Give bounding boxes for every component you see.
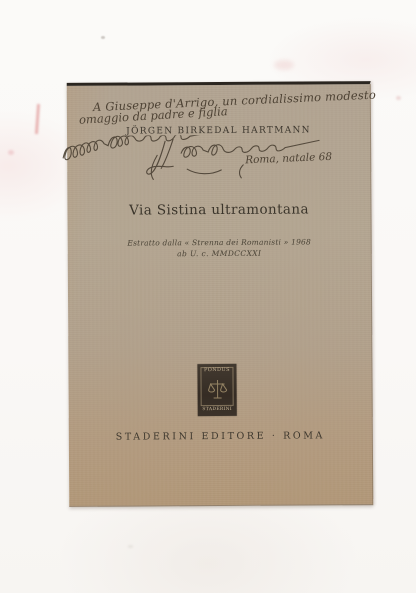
scan-smudge — [274, 60, 294, 70]
publisher-imprint: STADERINI EDITORE · ROMA — [69, 430, 372, 443]
booklet-cover: A Giuseppe d'Arrigo, un cordialissimo mo… — [67, 81, 374, 507]
signature-scribble-gemma — [63, 134, 202, 160]
printer-emblem: PONDUS STADERINI — [197, 364, 236, 416]
signature-flourish — [239, 165, 243, 178]
emblem-illustration — [206, 377, 228, 401]
emblem-top-text: PONDUS — [204, 367, 230, 373]
emblem-bottom-text: STADERINI — [202, 406, 232, 413]
cover-subtitle-line1: Estratto dalla « Strenna dei Romanisti »… — [68, 237, 371, 248]
scan-speck — [8, 150, 14, 155]
cover-title: Via Sistina ultramontana — [67, 201, 370, 219]
scan-speck — [396, 96, 401, 100]
scan-speck — [128, 545, 133, 548]
scan-speck — [101, 36, 105, 39]
scan-red-streak — [35, 104, 40, 134]
scanned-photo: A Giuseppe d'Arrigo, un cordialissimo mo… — [0, 0, 416, 593]
cover-subtitle-line2: ab U. c. MMDCCXXI — [68, 248, 371, 259]
